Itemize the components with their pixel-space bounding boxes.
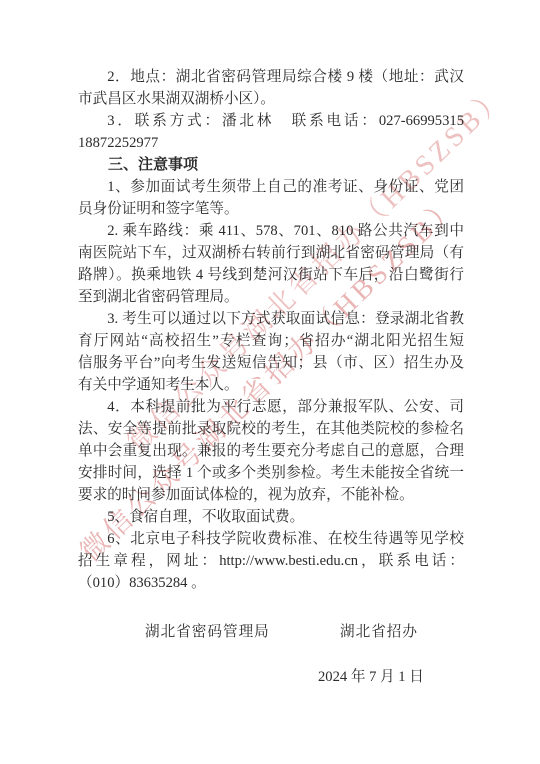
body-line: （010）83635284 。 (78, 572, 464, 594)
body-line: 5、食宿自理，不收取面试费。 (78, 506, 464, 528)
body-line: 4．本科提前批为平行志愿，部分兼报军队、公安、司 (78, 396, 464, 418)
body-line: 至到湖北省密码管理局。 (78, 286, 464, 308)
body-line: 1、参加面试考生须带上自己的准考证、身份证、党团 (78, 176, 464, 198)
body-line: 2．地点：湖北省密码管理局综合楼 9 楼（地址：武汉 (78, 66, 464, 88)
body-line: 3．联系方式：潘北林 联系电话：027-66995315 (78, 110, 464, 132)
document-body: 2．地点：湖北省密码管理局综合楼 9 楼（地址：武汉市武昌区水果湖双湖桥小区）。… (78, 66, 464, 594)
body-line: 南医院站下车，过双湖桥右转前行到湖北省密码管理局（有 (78, 242, 464, 264)
body-line: 2. 乘车路线：乘 411、578、701、810 路公共汽车到中 (78, 220, 464, 242)
body-line: 安排时间，选择 1 个或多个类别参检。考生未能按全省统一 (78, 462, 464, 484)
section-heading: 三、注意事项 (78, 154, 464, 176)
signature-issuer-right: 湖北省招办 (340, 620, 418, 641)
document-page: 微信公众号湖北省招办（HBSZSB） 微信公众号湖北省招办（HBSZSB） 2．… (0, 0, 540, 764)
body-line: 3. 考生可以通过以下方式获取面试信息：登录湖北省教 (78, 308, 464, 330)
body-line: 有关中学通知考生本人。 (78, 374, 464, 396)
body-line: 单中会重复出现。兼报的考生要充分考虑自己的意愿，合理 (78, 440, 464, 462)
body-line: 信服务平台”向考生发送短信告知；县（市、区）招生办及 (78, 352, 464, 374)
signature-issuer-left: 湖北省密码管理局 (145, 620, 270, 641)
body-line: 法、安全等提前批录取院校的考生，在其他类院校的参检名 (78, 418, 464, 440)
body-line: 18872252977 (78, 132, 464, 154)
body-line: 6、北京电子科技学院收费标准、在校生待遇等见学校 (78, 528, 464, 550)
body-line: 育厅网站“高校招生”专栏查询；省招办“湖北阳光招生短 (78, 330, 464, 352)
body-line: 招生章程，网址：http://www.besti.edu.cn，联系电话： (78, 550, 464, 572)
date-line: 2024 年 7 月 1 日 (318, 665, 424, 686)
body-line: 路牌）。换乘地铁 4 号线到楚河汉街站下车后，沿白鹭街行 (78, 264, 464, 286)
body-line: 员身份证明和签字笔等。 (78, 198, 464, 220)
body-line: 要求的时间参加面试体检的，视为放弃，不能补检。 (78, 484, 464, 506)
body-line: 市武昌区水果湖双湖桥小区）。 (78, 88, 464, 110)
